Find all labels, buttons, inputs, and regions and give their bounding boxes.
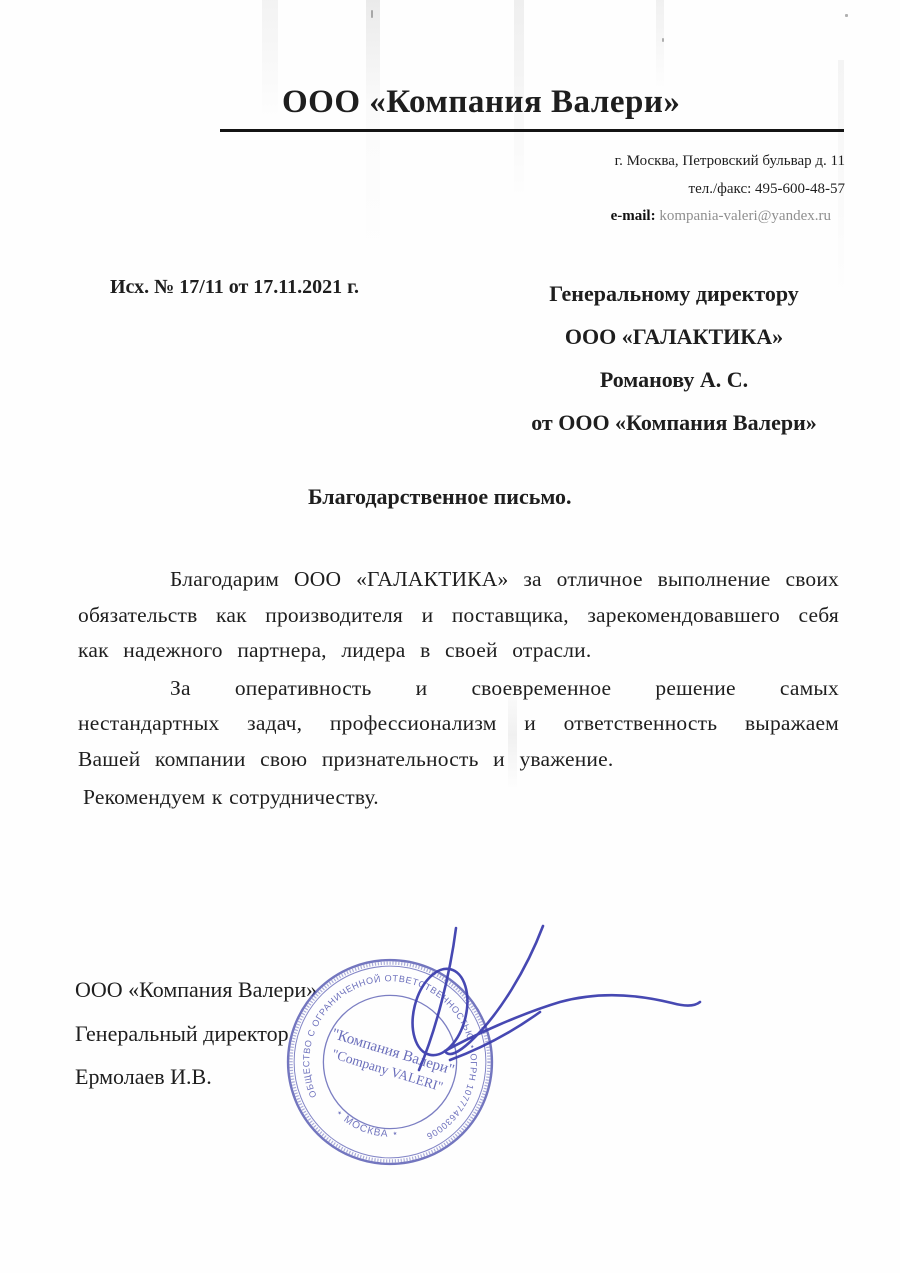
scan-speck (845, 14, 848, 17)
signature-block: ООО «Компания Валери» Генеральный директ… (75, 968, 317, 1099)
scan-speck (371, 10, 373, 18)
stamp-city-text: ⋆ МОСКВА ⋆ (333, 1107, 400, 1140)
signature-name: Ермолаев И.В. (75, 1055, 317, 1099)
recipient-company: ООО «ГАЛАКТИКА» (492, 315, 856, 358)
body-paragraph-2: За оперативность и своевременное решение… (78, 671, 839, 778)
letter-body: Благодарим ООО «ГАЛАКТИКА» за отличное в… (78, 562, 839, 816)
letterhead-contacts: г. Москва, Петровский бульвар д. 11 тел.… (611, 148, 845, 231)
signature-position: Генеральный директор (75, 1012, 317, 1056)
company-stamp: ОБЩЕСТВО С ОГРАНИЧЕННОЙ ОТВЕТСТВЕННОСТЬЮ… (282, 954, 498, 1170)
body-paragraph-3: Рекомендуем к сотрудничеству. (78, 780, 839, 816)
letterhead-address: г. Москва, Петровский бульвар д. 11 (611, 148, 845, 176)
scan-streak (656, 0, 664, 90)
outgoing-reference-line: Исх. № 17/11 от 17.11.2021 г. (110, 276, 359, 299)
letterhead-rule (220, 129, 844, 132)
scan-speck (662, 38, 664, 42)
letterhead-phone: тел./факс: 495-600-48-57 (611, 176, 845, 204)
email-address: kompania-valeri@yandex.ru (659, 208, 831, 224)
scan-streak (262, 0, 278, 120)
letterhead-company-name: ООО «Компания Валери» (282, 84, 680, 121)
recipient-position: Генеральному директору (492, 272, 856, 315)
email-label: e-mail: (611, 208, 656, 224)
recipient-person: Романову А. С. (492, 358, 856, 401)
letterhead-email-line: e-mail: kompania-valeri@yandex.ru (611, 203, 831, 231)
company-stamp-svg: ОБЩЕСТВО С ОГРАНИЧЕННОЙ ОТВЕТСТВЕННОСТЬЮ… (282, 954, 498, 1170)
scanned-letter-page: ООО «Компания Валери» г. Москва, Петровс… (0, 0, 900, 1273)
sender-company: от ООО «Компания Валери» (492, 401, 856, 444)
body-paragraph-1: Благодарим ООО «ГАЛАКТИКА» за отличное в… (78, 562, 839, 669)
letter-subject-title: Благодарственное письмо. (308, 484, 572, 510)
signature-company: ООО «Компания Валери» (75, 968, 317, 1012)
recipient-block: Генеральному директору ООО «ГАЛАКТИКА» Р… (492, 272, 856, 444)
